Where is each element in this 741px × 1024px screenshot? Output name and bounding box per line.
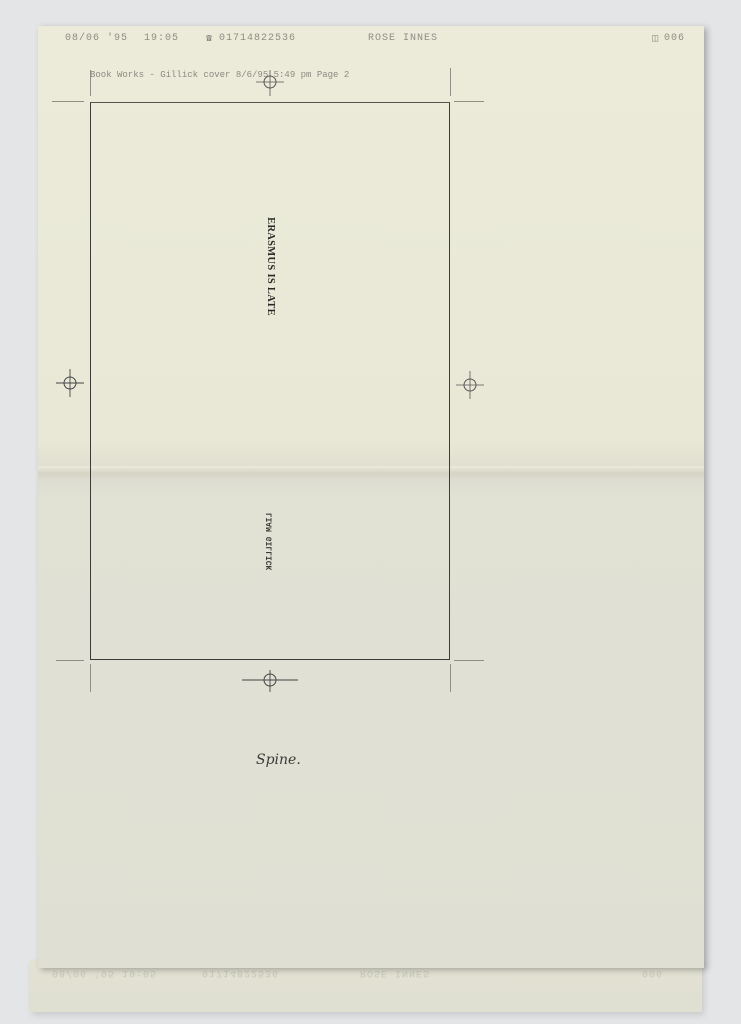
crop-mark-bl-v: [90, 664, 91, 692]
cover-title: ERASMUS IS LATE: [250, 206, 290, 326]
fax-time: 19:05: [144, 33, 179, 44]
crop-mark-br-h: [454, 660, 484, 661]
cover-trim-box: [90, 102, 450, 660]
telephone-icon: ☎: [206, 33, 213, 45]
registration-target-left-icon: [56, 369, 84, 397]
fax-sender: ROSE INNES: [368, 33, 438, 44]
cover-author-text: LIAM GILLICK: [266, 512, 275, 570]
fax-page-number: 006: [664, 33, 685, 44]
underlying-fax-sender: ROSE INNES: [360, 967, 430, 978]
fax-date: 08/06 '95: [65, 33, 128, 44]
print-info-line: Book Works - Gillick cover 8/6/95 5:49 p…: [90, 70, 349, 80]
underlying-fax-phone: 01714822536: [202, 967, 279, 978]
fax-sheet: 08/06 '95 19:05 ☎ 01714822536 ROSE INNES…: [38, 26, 704, 968]
registration-target-right-icon: [456, 371, 484, 399]
cover-title-text: ERASMUS IS LATE: [265, 217, 276, 316]
crop-mark-tl-h: [52, 101, 84, 102]
crop-mark-tr-h: [454, 101, 484, 102]
crop-mark-tr-v: [450, 68, 451, 96]
page-icon: ◫: [652, 33, 659, 45]
registration-target-bottom-icon: [242, 666, 298, 694]
registration-target-top-icon: [256, 68, 284, 96]
fax-phone: 01714822536: [219, 33, 296, 44]
crop-mark-bl-h: [56, 660, 84, 661]
underlying-fax-page: 006: [642, 967, 663, 978]
underlying-fax-date: 08/06 '95 19:05: [52, 967, 157, 978]
cover-author: LIAM GILLICK: [250, 506, 290, 576]
handwritten-note: Spine.: [256, 752, 301, 768]
crop-mark-tl-v: [90, 70, 91, 96]
crop-mark-br-v: [450, 664, 451, 692]
